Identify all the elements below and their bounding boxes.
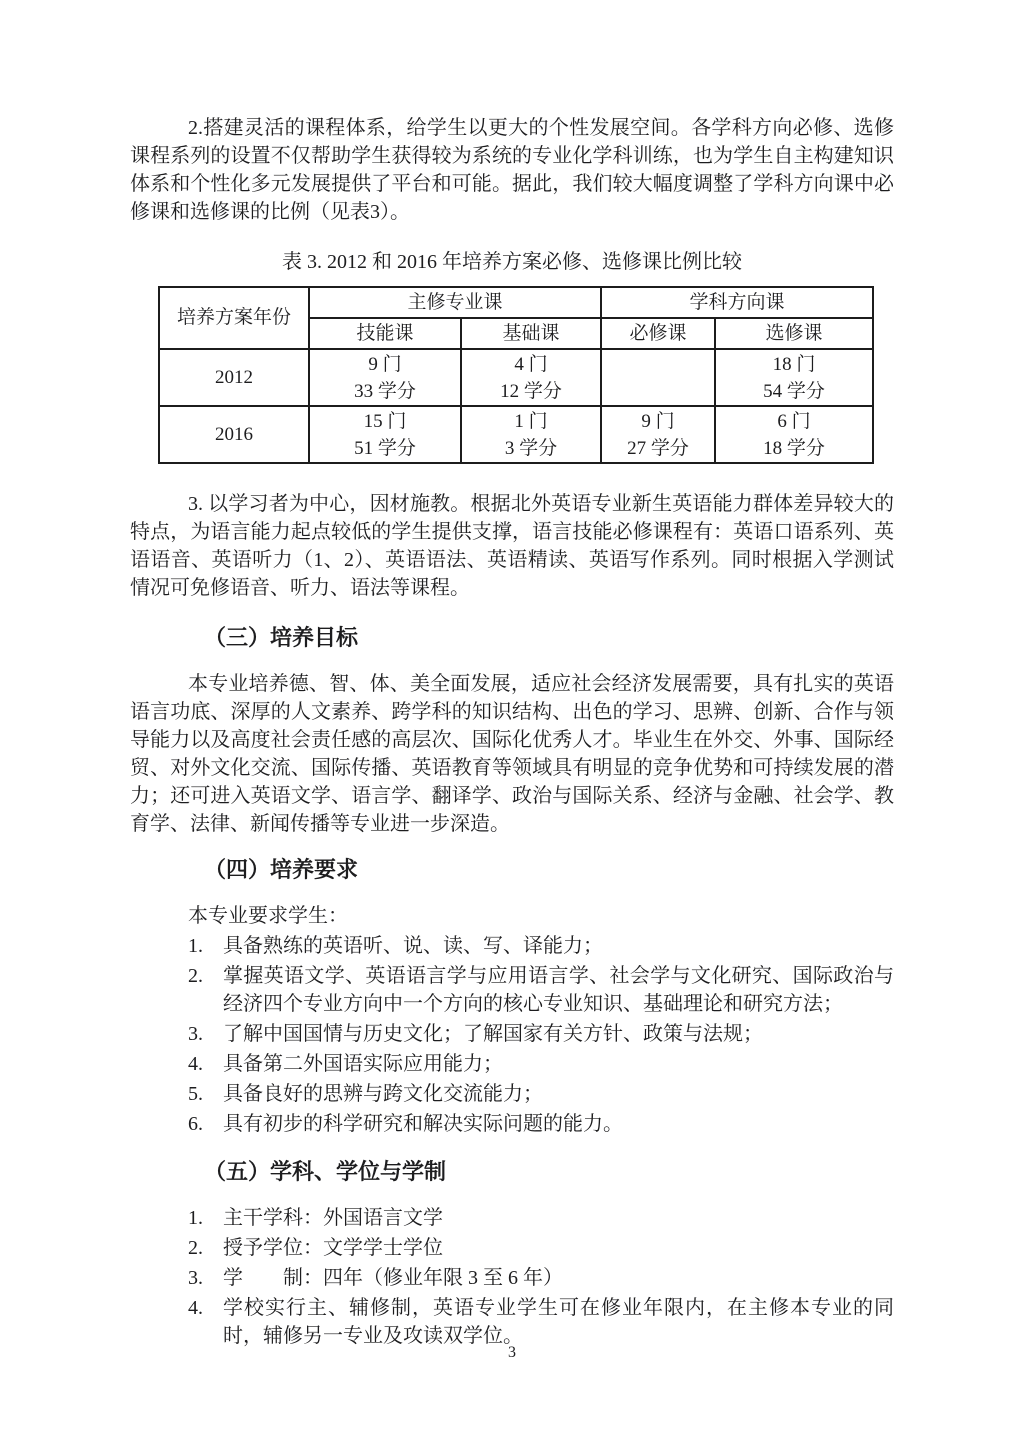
cell-year: 2012: [159, 349, 309, 406]
header-foundation: 基础课: [461, 318, 601, 349]
table-row-2016: 2016 15 门 51 学分 1 门 3 学分 9 门 27 学分 6 门 1…: [159, 406, 873, 463]
cell-line: 15 门: [310, 408, 460, 435]
section-3-body: 本专业培养德、智、体、美全面发展，适应社会经济发展需要，具有扎实的英语语言功底、…: [130, 670, 894, 838]
cell-elective: 6 门 18 学分: [715, 406, 873, 463]
list-item-text: 掌握英语文学、英语语言学与应用语言学、社会学与文化研究、国际政治与经济四个专业方…: [223, 965, 894, 1015]
list-item-number: 2.: [188, 1234, 220, 1262]
document-page: 2.搭建灵活的课程体系，给学生以更大的个性发展空间。各学科方向必修、选修课程系列…: [0, 0, 1024, 1448]
list-item-number: 6.: [188, 1110, 220, 1138]
list-item: 5. 具备良好的思辨与跨文化交流能力；: [130, 1080, 894, 1108]
list-item-number: 2.: [188, 962, 220, 990]
list-item: 4. 具备第二外国语实际应用能力；: [130, 1050, 894, 1078]
discipline-list: 1. 主干学科：外国语言文学 2. 授予学位：文学学士学位 3. 学 制：四年（…: [130, 1204, 894, 1350]
cell-skill: 9 门 33 学分: [309, 349, 461, 406]
table-header-row-groups: 培养方案年份 主修专业课 学科方向课: [159, 287, 873, 318]
paragraph-2: 2.搭建灵活的课程体系，给学生以更大的个性发展空间。各学科方向必修、选修课程系列…: [130, 114, 894, 226]
cell-required: 9 门 27 学分: [601, 406, 715, 463]
list-item-text: 学校实行主、辅修制，英语专业学生可在修业年限内，在主修本专业的同时，辅修另一专业…: [223, 1297, 894, 1347]
cell-line: 4 门: [462, 351, 600, 378]
list-item: 3. 学 制：四年（修业年限 3 至 6 年）: [130, 1264, 894, 1292]
list-item: 3. 了解中国国情与历史文化；了解国家有关方针、政策与法规；: [130, 1020, 894, 1048]
cell-line: 18 学分: [716, 435, 872, 462]
cell-line: 33 学分: [310, 378, 460, 405]
list-item-text: 主干学科：外国语言文学: [223, 1207, 443, 1229]
cell-line: 18 门: [716, 351, 872, 378]
list-item-number: 5.: [188, 1080, 220, 1108]
header-major-group: 主修专业课: [309, 287, 601, 318]
cell-line: 51 学分: [310, 435, 460, 462]
list-item-number: 4.: [188, 1050, 220, 1078]
list-item: 1. 主干学科：外国语言文学: [130, 1204, 894, 1232]
table-row-2012: 2012 9 门 33 学分 4 门 12 学分 18 门 54 学分: [159, 349, 873, 406]
table-caption: 表 3. 2012 和 2016 年培养方案必修、选修课比例比较: [130, 248, 894, 276]
cell-line: 12 学分: [462, 378, 600, 405]
list-item-text: 授予学位：文学学士学位: [223, 1237, 443, 1259]
cell-line: 3 学分: [462, 435, 600, 462]
cell-elective: 18 门 54 学分: [715, 349, 873, 406]
list-item-text: 学 制：四年（修业年限 3 至 6 年）: [223, 1267, 563, 1289]
list-item: 6. 具有初步的科学研究和解决实际问题的能力。: [130, 1110, 894, 1138]
section-heading-training-requirements: （四）培养要求: [204, 854, 894, 886]
cell-line: 9 门: [602, 408, 714, 435]
header-year: 培养方案年份: [159, 287, 309, 349]
list-item-text: 具备良好的思辨与跨文化交流能力；: [223, 1083, 543, 1105]
list-item: 2. 授予学位：文学学士学位: [130, 1234, 894, 1262]
cell-line: 27 学分: [602, 435, 714, 462]
list-item-text: 具备第二外国语实际应用能力；: [223, 1053, 503, 1075]
list-item-number: 1.: [188, 932, 220, 960]
list-item-number: 3.: [188, 1264, 220, 1292]
cell-line: 9 门: [310, 351, 460, 378]
cell-line: 54 学分: [716, 378, 872, 405]
requirements-list: 1. 具备熟练的英语听、说、读、写、译能力； 2. 掌握英语文学、英语语言学与应…: [130, 932, 894, 1138]
list-item-text: 具备熟练的英语听、说、读、写、译能力；: [223, 935, 603, 957]
list-item: 2. 掌握英语文学、英语语言学与应用语言学、社会学与文化研究、国际政治与经济四个…: [130, 962, 894, 1018]
requirements-intro: 本专业要求学生：: [188, 902, 894, 930]
header-elective: 选修课: [715, 318, 873, 349]
cell-skill: 15 门 51 学分: [309, 406, 461, 463]
list-item-number: 1.: [188, 1204, 220, 1232]
list-item-text: 具有初步的科学研究和解决实际问题的能力。: [223, 1113, 623, 1135]
cell-year: 2016: [159, 406, 309, 463]
cell-line: 6 门: [716, 408, 872, 435]
header-required: 必修课: [601, 318, 715, 349]
header-skill: 技能课: [309, 318, 461, 349]
list-item-text: 了解中国国情与历史文化；了解国家有关方针、政策与法规；: [223, 1023, 763, 1045]
comparison-table: 培养方案年份 主修专业课 学科方向课 技能课 基础课 必修课 选修课 2012 …: [158, 286, 874, 464]
cell-foundation: 1 门 3 学分: [461, 406, 601, 463]
cell-required-empty: [601, 349, 715, 406]
header-direction-group: 学科方向课: [601, 287, 873, 318]
cell-line: 1 门: [462, 408, 600, 435]
list-item-number: 3.: [188, 1020, 220, 1048]
list-item: 1. 具备熟练的英语听、说、读、写、译能力；: [130, 932, 894, 960]
list-item-number: 4.: [188, 1294, 220, 1322]
cell-foundation: 4 门 12 学分: [461, 349, 601, 406]
section-heading-training-objectives: （三）培养目标: [204, 622, 894, 654]
section-heading-discipline-degree-duration: （五）学科、学位与学制: [204, 1156, 894, 1188]
paragraph-3: 3. 以学习者为中心，因材施教。根据北外英语专业新生英语能力群体差异较大的特点，…: [130, 490, 894, 602]
page-number: 3: [0, 1342, 1024, 1364]
